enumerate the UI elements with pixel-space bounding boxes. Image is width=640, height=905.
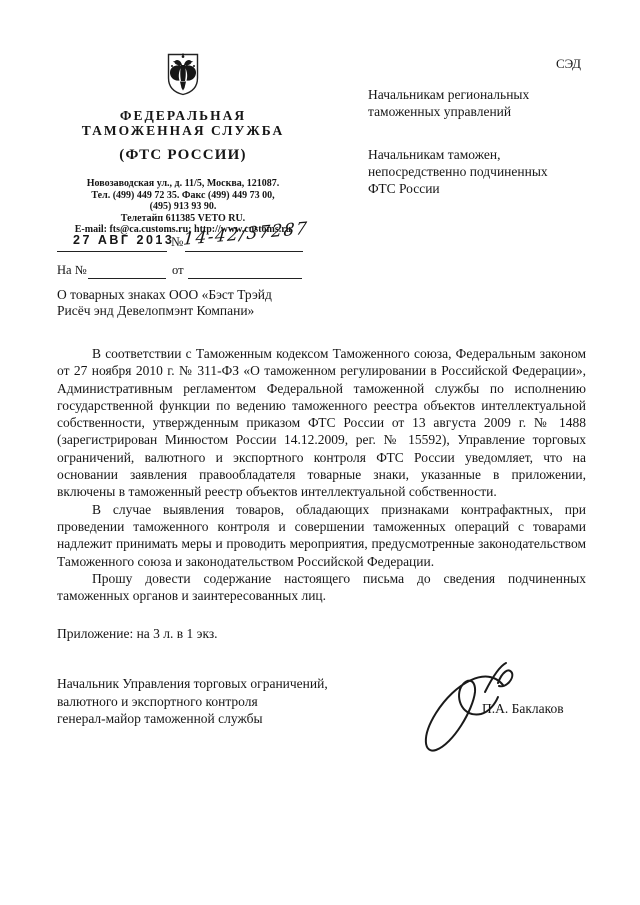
body-paragraph-1: В соответствии с Таможенным кодексом Там… bbox=[57, 345, 586, 501]
date-underline bbox=[57, 251, 167, 252]
reply-from-label: от bbox=[172, 263, 184, 278]
letter-body: В соответствии с Таможенным кодексом Там… bbox=[57, 345, 586, 775]
signer-name: П.А. Баклаков bbox=[482, 701, 564, 717]
attachment-note: Приложение: на 3 л. в 1 экз. bbox=[57, 626, 586, 642]
org-name-line1: ФЕДЕРАЛЬНАЯ bbox=[57, 108, 309, 123]
reference-row-2: На № от bbox=[57, 262, 307, 284]
signature-area: П.А. Баклаков bbox=[387, 675, 586, 775]
letterhead: ФЕДЕРАЛЬНАЯ ТАМОЖЕННАЯ СЛУЖБА (ФТС РОССИ… bbox=[57, 52, 309, 236]
recipients: Начальникам региональных таможенных упра… bbox=[368, 86, 600, 197]
scanned-letter-page: ФЕДЕРАЛЬНАЯ ТАМОЖЕННАЯ СЛУЖБА (ФТС РОССИ… bbox=[0, 0, 640, 905]
signature-block: Начальник Управления торговых ограничени… bbox=[57, 675, 586, 775]
coat-of-arms-icon bbox=[166, 52, 200, 97]
body-paragraph-2: В случае выявления товаров, обладающих п… bbox=[57, 501, 586, 570]
signer-position: Начальник Управления торговых ограничени… bbox=[57, 675, 387, 775]
org-name-line2: ТАМОЖЕННАЯ СЛУЖБА bbox=[57, 123, 309, 138]
date-stamp: 27 АВГ 2013 bbox=[73, 233, 174, 247]
number-underline bbox=[185, 251, 303, 252]
reference-row-1: 27 АВГ 2013 № 14-42/37287 bbox=[57, 230, 307, 254]
reply-date-underline bbox=[188, 278, 302, 279]
recipient-block-2: Начальникам таможен, непосредственно под… bbox=[368, 146, 600, 197]
body-paragraph-3: Прошу довести содержание настоящего пись… bbox=[57, 570, 586, 605]
org-abbreviation: (ФТС РОССИИ) bbox=[57, 147, 309, 164]
subject-line: О товарных знаках ООО «Бэст Трэйд Рисёч … bbox=[57, 287, 317, 319]
sed-label: СЭД bbox=[556, 56, 581, 72]
reply-number-label: На № bbox=[57, 263, 87, 278]
reply-number-underline bbox=[88, 278, 166, 279]
recipient-block-1: Начальникам региональных таможенных упра… bbox=[368, 86, 600, 120]
reference-block: 27 АВГ 2013 № 14-42/37287 На № от bbox=[57, 230, 307, 284]
